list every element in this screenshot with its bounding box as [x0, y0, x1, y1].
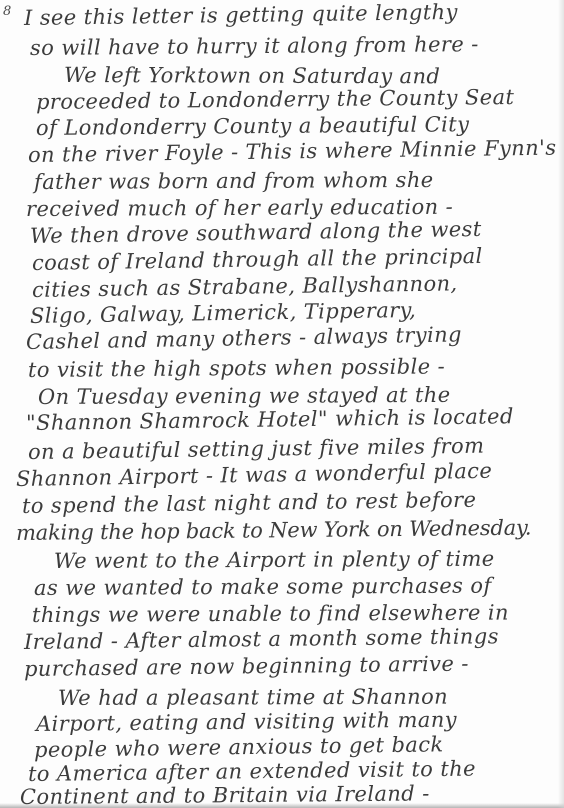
letter-line: making the hop back to New York on Wedne…	[16, 516, 532, 545]
letter-line: things we were unable to find elsewhere …	[32, 601, 509, 627]
letter-line: received much of her early education -	[26, 195, 453, 221]
letter-page: 8 I see this letter is getting quite len…	[0, 0, 564, 808]
letter-line: to visit the high spots when possible -	[28, 354, 445, 382]
letter-line: I see this letter is getting quite lengt…	[24, 0, 458, 30]
letter-line: Cashel and many others - always trying	[26, 322, 462, 354]
letter-line: on the river Foyle - This is where Minni…	[28, 136, 557, 167]
letter-line: Airport, eating and visiting with many	[36, 708, 457, 736]
letter-line: proceeded to Londonderry the County Seat	[36, 85, 515, 114]
letter-line: Shannon Airport - It was a wonderful pla…	[16, 459, 493, 491]
letter-line: We left Yorktown on Saturday and	[64, 63, 440, 88]
letter-line: so will have to hurry it along from here…	[30, 32, 479, 60]
letter-line: Ireland - After almost a month some thin…	[24, 624, 499, 654]
page-number: 8	[3, 4, 11, 19]
letter-line: coast of Ireland through all the princip…	[32, 244, 483, 275]
letter-line: to spend the last night and to rest befo…	[22, 488, 477, 518]
letter-line: purchased are now beginning to arrive -	[24, 652, 469, 681]
letter-line: We had a pleasant time at Shannon	[58, 685, 448, 710]
letter-line: "Shannon Shamrock Hotel" which is locate…	[26, 404, 514, 435]
letter-line: We then drove southward along the west	[30, 217, 482, 248]
letter-line: father was born and from whom she	[34, 168, 434, 194]
letter-line: Continent and to Britain via Ireland -	[20, 781, 430, 808]
letter-line: of Londonderry County a beautiful City	[36, 112, 469, 140]
letter-line: as we wanted to make some purchases of	[34, 574, 492, 600]
letter-line: We went to the Airport in plenty of time	[54, 547, 495, 573]
